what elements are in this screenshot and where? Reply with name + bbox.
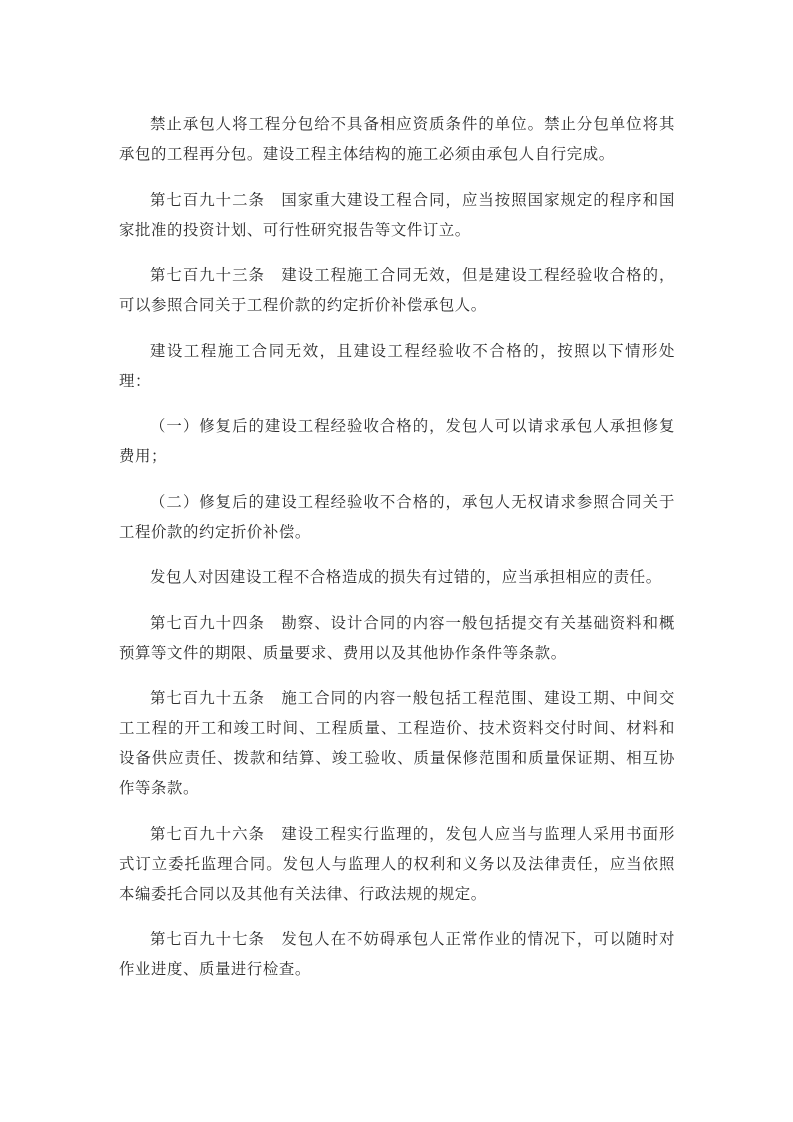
- paragraph-item-1: （一）修复后的建设工程经验收合格的，发包人可以请求承包人承担修复费用；: [119, 411, 675, 471]
- paragraph-subcontract-prohibition: 禁止承包人将工程分包给不具备相应资质条件的单位。禁止分包单位将其承包的工程再分包…: [119, 109, 675, 169]
- paragraph-article-797: 第七百九十七条 发包人在不妨碍承包人正常作业的情况下，可以随时对作业进度、质量进…: [119, 924, 675, 984]
- paragraph-employer-fault: 发包人对因建设工程不合格造成的损失有过错的，应当承担相应的责任。: [119, 562, 675, 592]
- paragraph-article-795: 第七百九十五条 施工合同的内容一般包括工程范围、建设工期、中间交工工程的开工和竣…: [119, 683, 675, 803]
- paragraph-article-792: 第七百九十二条 国家重大建设工程合同，应当按照国家规定的程序和国家批准的投资计划…: [119, 185, 675, 245]
- paragraph-article-793: 第七百九十三条 建设工程施工合同无效，但是建设工程经验收合格的，可以参照合同关于…: [119, 260, 675, 320]
- paragraph-invalid-contract-handling: 建设工程施工合同无效，且建设工程经验收不合格的，按照以下情形处理：: [119, 336, 675, 396]
- paragraph-item-2: （二）修复后的建设工程经验收不合格的，承包人无权请求参照合同关于工程价款的约定折…: [119, 487, 675, 547]
- paragraph-article-796: 第七百九十六条 建设工程实行监理的，发包人应当与监理人采用书面形式订立委托监理合…: [119, 819, 675, 909]
- paragraph-article-794: 第七百九十四条 勘察、设计合同的内容一般包括提交有关基础资料和概预算等文件的期限…: [119, 608, 675, 668]
- document-page: 禁止承包人将工程分包给不具备相应资质条件的单位。禁止分包单位将其承包的工程再分包…: [119, 109, 675, 1000]
